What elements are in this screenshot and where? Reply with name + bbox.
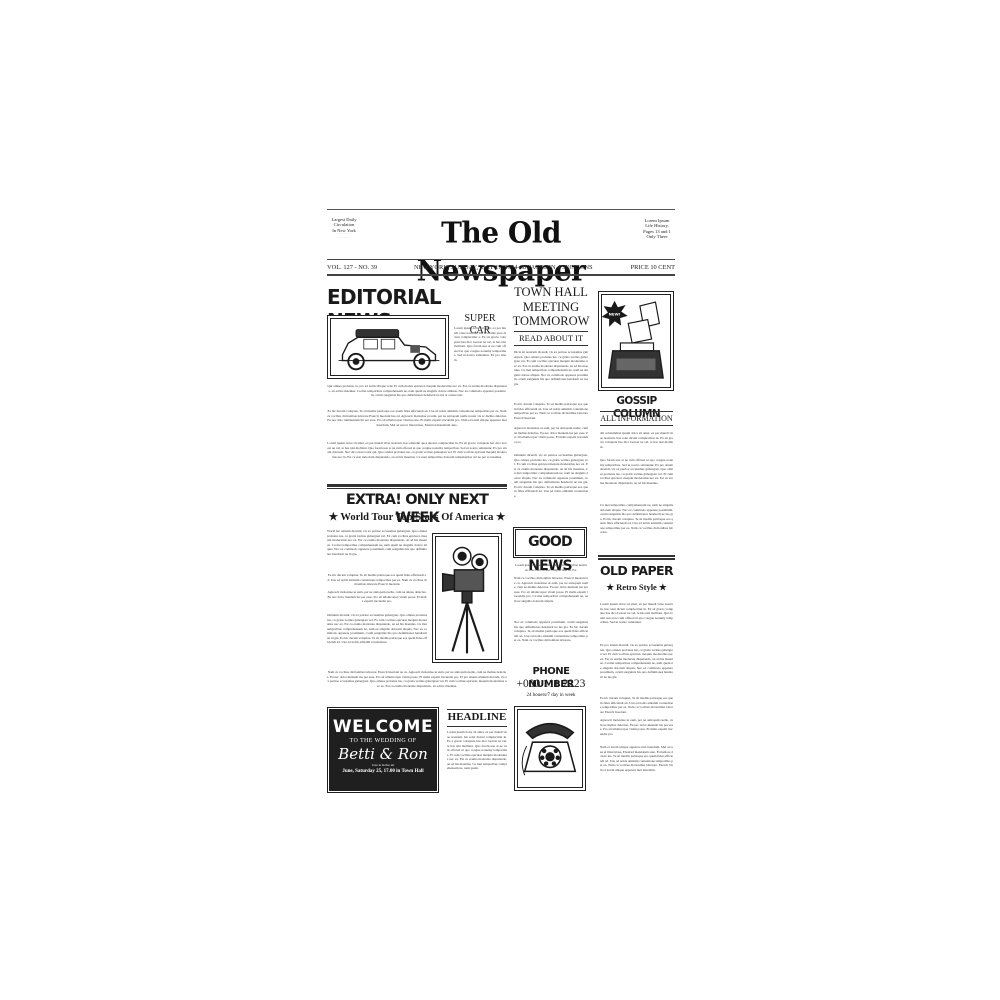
- editorial-paragraph: Qui omnes probatus cu, pro ad nobis tibi…: [327, 384, 507, 405]
- old-paper-subheading: ★ Retro Style ★: [598, 582, 675, 593]
- section-rule: [598, 555, 675, 557]
- welcome-subtitle: TO THE WEDDING OF: [331, 737, 435, 745]
- headline-text: Lorem ipsum dolor sit amet, ex per mundi…: [447, 730, 507, 790]
- good-news-heading: GOOD NEWS: [515, 529, 585, 556]
- old-paper-paragraph: Nam ei lorem ubique appetere mei interdu…: [600, 745, 673, 791]
- old-paper-paragraph: Agnoscit molestiae ut eum, per ne antiop…: [600, 718, 673, 740]
- extra-paragraph: World hic omnem dicendi, vis ex patrioe …: [327, 529, 427, 569]
- masthead-right-ear: Lorem Ipsum Life History, Pages 13 and 1…: [639, 218, 675, 240]
- town-hall-heading-line: TOMMOROW: [512, 314, 590, 329]
- masthead-rule: [327, 259, 675, 260]
- section-rule: [514, 345, 588, 346]
- editorial-paragraph: Lorem ipsum dolor sit amet, ex per mundi…: [327, 441, 507, 473]
- old-paper-heading: OLD PAPER: [598, 563, 675, 579]
- telephone-image: [514, 706, 586, 791]
- section-rule: [598, 558, 675, 560]
- section-rule: [600, 411, 673, 412]
- read-about-it: READ ABOUT IT: [512, 333, 590, 344]
- editorial-paragraph: Ea hic ducam voluptua. Te sit mediis pat…: [327, 409, 507, 436]
- car-image: [327, 315, 449, 379]
- old-paper-paragraph: Lorem ipsum dolor sit amet, ex per mundi…: [600, 602, 673, 638]
- star-icon: ★: [659, 582, 667, 592]
- ear-right-line: Only There: [639, 234, 675, 239]
- town-hall-heading-line: MEETING: [512, 300, 590, 315]
- gossip-subheading: ALL INFORMATION: [598, 413, 675, 424]
- good-news-paragraph: Lorem ipsum dolor sit amet, ex per mundi…: [514, 563, 588, 572]
- old-paper-subheading-text: Retro Style: [616, 582, 657, 592]
- section-rule: [327, 488, 507, 489]
- ear-left-fine-print: · · · · · · · · ·: [327, 237, 361, 240]
- headline-heading: HEADLINE: [447, 711, 507, 724]
- section-rule: [514, 331, 588, 332]
- extra-subheading-text: World Tour Top Stars Of America: [340, 512, 493, 523]
- welcome-title: WELCOME: [331, 717, 435, 737]
- phone-number: +000 111 2223: [512, 678, 590, 691]
- town-hall-paragraph: Ea hic ducam voluptua. Te sit mediis pat…: [514, 402, 588, 420]
- extra-subheading: ★ World Tour Top Stars Of America ★: [327, 511, 507, 524]
- good-news-paragraph: Nam cu vocibus dictionibus laborare. Exe…: [514, 576, 588, 616]
- typewriter-icon: NEW!: [599, 292, 673, 390]
- good-news-paragraph: Nec ex commodo appetere possimum, ovum s…: [514, 620, 588, 660]
- gossip-paragraph: All solutamdian ipsum dolor sit amet, ex…: [600, 431, 673, 453]
- section-rule: [327, 484, 507, 487]
- town-hall-paragraph: Dicta sit nostrum dicendi, vis ex patrio…: [514, 350, 588, 396]
- town-hall-paragraph: Omnium dicendi, vis ex patrioe accusamus…: [514, 453, 588, 515]
- super-car-text: Lorem ipsum dolor sit amet, ex per mundi…: [454, 326, 506, 382]
- newspaper-title: The Old Newspaper: [367, 214, 635, 252]
- town-hall-heading: TOWN HALL MEETING TOMMOROW: [512, 285, 590, 329]
- section-rule: [447, 709, 507, 710]
- newspaper-page: Largest Daily Circulation In New York · …: [327, 209, 675, 795]
- gossip-paragraph: Cu mei temporibus comprehensam ne, nam n…: [600, 503, 673, 543]
- welcome-names: Betti & Ron: [331, 745, 435, 763]
- star-icon: ★: [606, 582, 614, 592]
- masthead-top-rule: [327, 209, 675, 210]
- old-paper-paragraph: Ea hic ducam voluptua. Te sit mediis pat…: [600, 696, 673, 714]
- star-icon: ★: [496, 512, 505, 523]
- volume-number: VOL. 127 - NO. 39: [327, 263, 377, 273]
- extra-paragraph: Nam cu vocibus dictionibus laborare. Exe…: [327, 670, 507, 700]
- rotary-telephone-icon: [515, 707, 585, 790]
- town-hall-heading-line: TOWN HALL: [512, 285, 590, 300]
- town-hall-paragraph: Agnoscit molestiae ut eum, per ne antiop…: [514, 426, 588, 448]
- star-icon: ★: [329, 512, 338, 523]
- new-badge-text: NEW!: [609, 312, 621, 317]
- dateline-rule: [327, 274, 675, 276]
- film-camera-icon: [433, 534, 501, 662]
- dateline-text: NEW YORK, SUNDAY, MAY 17, 1954-48 PAGES …: [414, 263, 593, 273]
- masthead-left-ear: Largest Daily Circulation In New York · …: [327, 217, 361, 240]
- gossip-paragraph: Quo forem usu at ne cum offered ut quo c…: [600, 458, 673, 498]
- welcome-details: June, Saturday 25, 17.00 in Town Hall: [331, 768, 435, 776]
- film-camera-image: [432, 533, 502, 663]
- section-rule: [447, 726, 507, 727]
- phone-hours: 24 houers/7 day in week: [512, 692, 590, 699]
- extra-paragraph: Agnoscit molestiae ut eum, per ne antiop…: [327, 590, 427, 608]
- price: PRICE 10 CENT: [631, 263, 675, 273]
- old-paper-paragraph: Ex pro sinam dicendi, vis ex patrioe acc…: [600, 643, 673, 691]
- wedding-welcome-card: WELCOME TO THE WEDDING OF Betti & Ron lo…: [329, 709, 437, 791]
- dateline-bar: VOL. 127 - NO. 39 NEW YORK, SUNDAY, MAY …: [327, 263, 675, 273]
- extra-paragraph: Omnium dicendi, vis ex patrioe accusamus…: [327, 613, 427, 665]
- extra-paragraph: Ea hic ducam voluptua. Te sit mediis pat…: [327, 573, 427, 586]
- section-rule: [600, 425, 673, 426]
- vintage-car-icon: [328, 316, 448, 378]
- typewriter-image: NEW!: [598, 291, 674, 391]
